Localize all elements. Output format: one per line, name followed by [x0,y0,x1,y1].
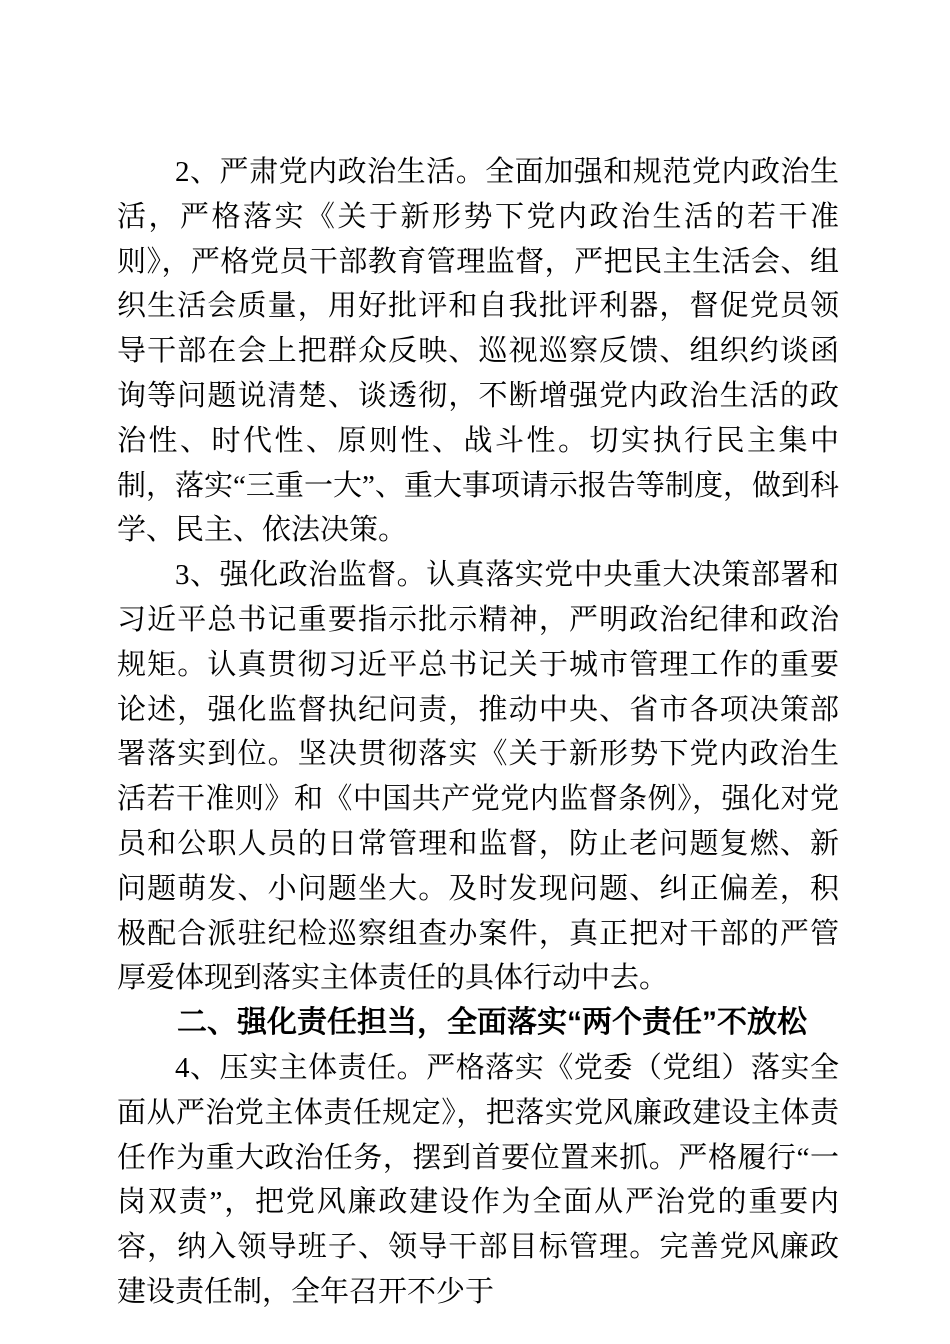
document-page: 2、严肃党内政治生活。全面加强和规范党内政治生活，严格落实《关于新形势下党内政治… [0,0,950,1344]
paragraph-strengthen-political-supervision: 3、强化政治监督。认真落实党中央重大决策部署和习近平总书记重要指示批示精神，严明… [117,553,839,1001]
paragraph-consolidate-main-responsibility: 4、压实主体责任。严格落实《党委（党组）落实全面从严治党主体责任规定》，把落实党… [117,1046,839,1315]
document-body: 2、严肃党内政治生活。全面加强和规范党内政治生活，严格落实《关于新形势下党内政治… [117,150,839,1315]
paragraph-strict-inner-party-political-life: 2、严肃党内政治生活。全面加强和规范党内政治生活，严格落实《关于新形势下党内政治… [117,150,839,553]
section-heading-two-responsibilities: 二、强化责任担当，全面落实“两个责任”不放松 [117,1001,839,1046]
